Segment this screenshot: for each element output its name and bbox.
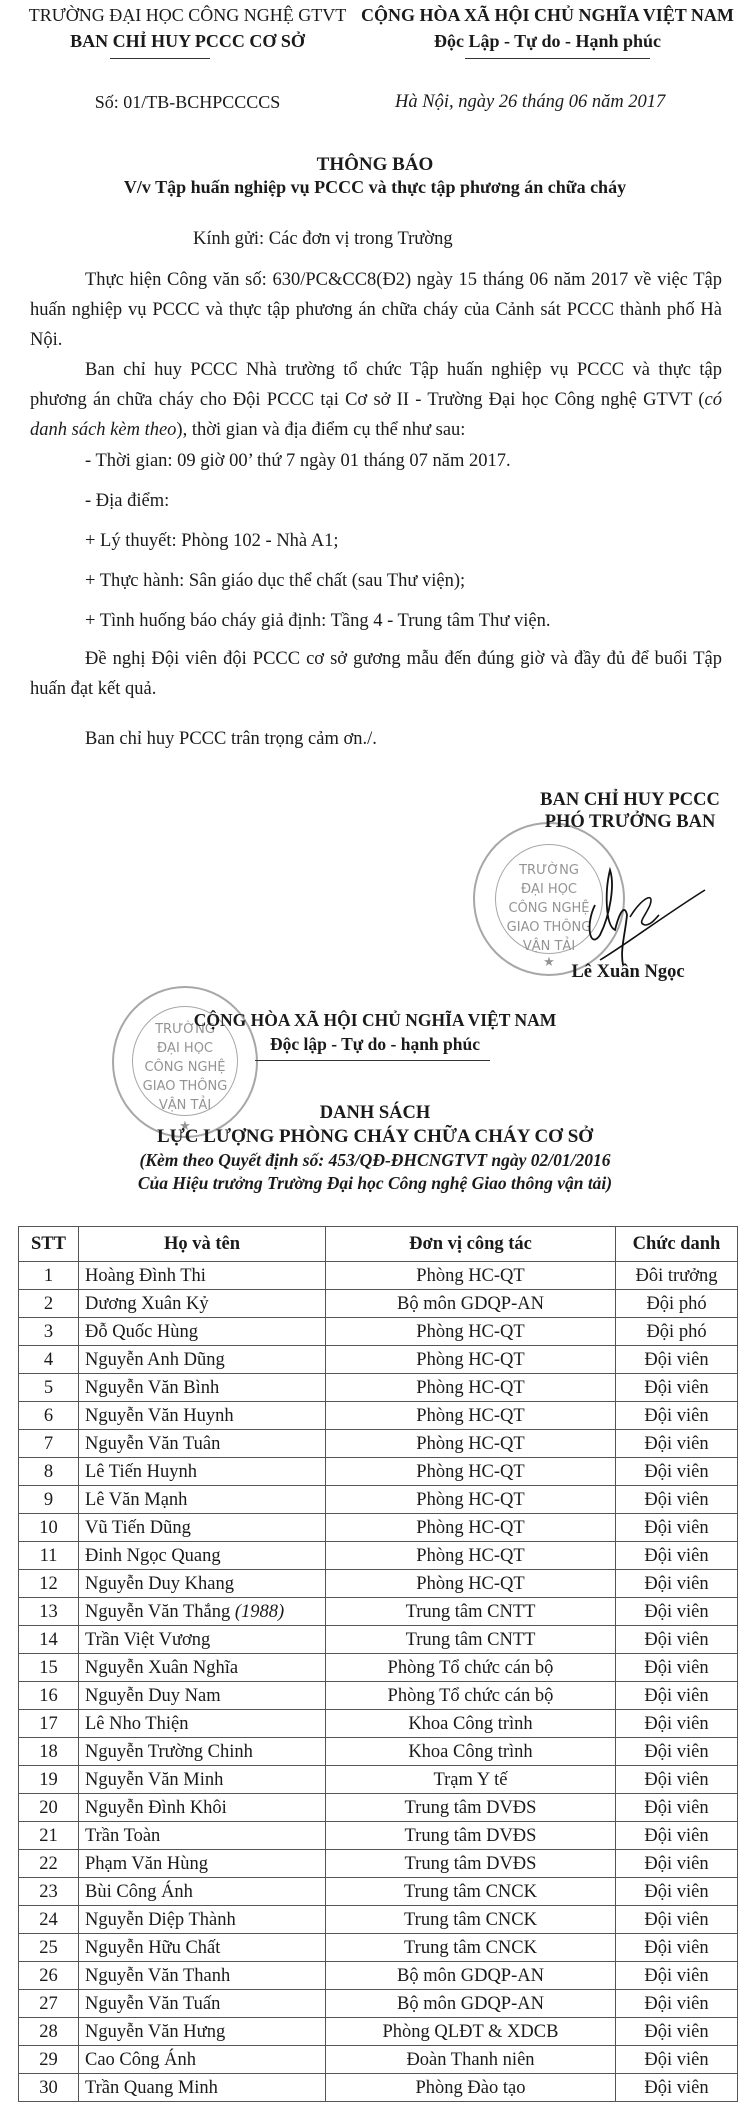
member-role: Đội viên [616,1346,738,1374]
member-name: Nguyễn Diệp Thành [79,1906,326,1934]
member-name-text: Nguyễn Văn Hưng [85,2022,225,2042]
member-name-text: Nguyễn Anh Dũng [85,1350,225,1370]
column-header-role: Chức danh [616,1227,738,1262]
member-unit: Trung tâm DVĐS [326,1850,616,1878]
member-unit: Trung tâm CNCK [326,1878,616,1906]
member-name: Cao Công Ánh [79,2046,326,2074]
list-nation-name: CỘNG HÒA XÃ HỘI CHỦ NGHĨA VIỆT NAM [0,1010,750,1031]
motto-underline [465,58,650,59]
member-unit: Phòng HC-QT [326,1262,616,1290]
member-role: Đội viên [616,2046,738,2074]
row-number: 14 [19,1626,79,1654]
row-number: 15 [19,1654,79,1682]
row-number: 21 [19,1822,79,1850]
member-name: Lê Nho Thiện [79,1710,326,1738]
table-row: 6Nguyễn Văn HuynhPhòng HC-QTĐội viên [19,1402,738,1430]
list-title: DANH SÁCH [0,1103,750,1124]
location-theory: + Lý thuyết: Phòng 102 - Nhà A1; [85,526,339,556]
table-row: 24Nguyễn Diệp ThànhTrung tâm CNCKĐội viê… [19,1906,738,1934]
table-row: 4Nguyễn Anh DũngPhòng HC-QTĐội viên [19,1346,738,1374]
member-name-text: Nguyễn Trường Chinh [85,1742,253,1762]
fire-team-table: STT Họ và tên Đơn vị công tác Chức danh … [18,1226,738,2102]
closing-text: Ban chỉ huy PCCC trân trọng cảm ơn./. [85,724,377,754]
row-number: 18 [19,1738,79,1766]
table-row: 26Nguyễn Văn ThanhBộ môn GDQP-ANĐội viên [19,1962,738,1990]
member-unit: Khoa Công trình [326,1738,616,1766]
row-number: 9 [19,1486,79,1514]
member-unit: Phòng HC-QT [326,1514,616,1542]
table-row: 5Nguyễn Văn BìnhPhòng HC-QTĐội viên [19,1374,738,1402]
location-practice: + Thực hành: Sân giáo dục thể chất (sau … [85,566,465,596]
member-name-text: Lê Nho Thiện [85,1714,188,1734]
paragraph-organization: Ban chỉ huy PCCC Nhà trường tổ chức Tập … [30,355,722,445]
member-name-text: Đinh Ngọc Quang [85,1546,221,1566]
member-name: Nguyễn Anh Dũng [79,1346,326,1374]
notice-title: THÔNG BÁO [0,154,750,176]
place-date: Hà Nội, ngày 26 tháng 06 năm 2017 [395,92,665,113]
member-name-text: Trần Việt Vương [85,1630,210,1650]
member-name: Nguyễn Duy Khang [79,1570,326,1598]
member-name: Nguyễn Văn Thanh [79,1962,326,1990]
table-row: 20Nguyễn Đình KhôiTrung tâm DVĐSĐội viên [19,1794,738,1822]
table-body: 1Hoàng Đình ThiPhòng HC-QTĐôi trưởng2Dươ… [19,1262,738,2102]
paragraph-organization-text: Ban chỉ huy PCCC Nhà trường tổ chức Tập … [30,360,722,410]
row-number: 29 [19,2046,79,2074]
member-name: Nguyễn Văn Hưng [79,2018,326,2046]
member-role: Đội viên [616,1878,738,1906]
row-number: 24 [19,1906,79,1934]
row-number: 20 [19,1794,79,1822]
member-name: Nguyễn Trường Chinh [79,1738,326,1766]
member-role: Đội viên [616,1598,738,1626]
list-reference-line1: (Kèm theo Quyết định số: 453/QĐ-ĐHCNGTVT… [0,1150,750,1171]
paragraph-organization-tail: ), thời gian và địa điểm cụ thể như sau: [176,420,465,440]
row-number: 30 [19,2074,79,2102]
table-row: 25Nguyễn Hữu ChấtTrung tâm CNCKĐội viên [19,1934,738,1962]
table-row: 28Nguyễn Văn HưngPhòng QLĐT & XDCBĐội vi… [19,2018,738,2046]
org-department: BAN CHỈ HUY PCCC CƠ SỞ [0,28,375,54]
member-name-text: Lê Văn Mạnh [85,1490,187,1510]
row-number: 25 [19,1934,79,1962]
row-number: 6 [19,1402,79,1430]
member-unit: Phòng QLĐT & XDCB [326,2018,616,2046]
member-name: Nguyễn Văn Bình [79,1374,326,1402]
row-number: 3 [19,1318,79,1346]
member-unit: Trung tâm CNTT [326,1626,616,1654]
member-role: Đội viên [616,1374,738,1402]
handwritten-signature-icon [555,855,715,975]
member-role: Đội viên [616,1766,738,1794]
table-row: 30Trần Quang MinhPhòng Đào tạoĐội viên [19,2074,738,2102]
member-unit: Phòng HC-QT [326,1402,616,1430]
member-name-text: Trần Quang Minh [85,2078,218,2098]
table-row: 13Nguyễn Văn Thắng (1988)Trung tâm CNTTĐ… [19,1598,738,1626]
member-role: Đôi trưởng [616,1262,738,1290]
member-name-text: Nguyễn Văn Huynh [85,1406,234,1426]
table-row: 23Bùi Công ÁnhTrung tâm CNCKĐội viên [19,1878,738,1906]
member-name: Nguyễn Văn Minh [79,1766,326,1794]
member-role: Đội viên [616,1738,738,1766]
column-header-stt: STT [19,1227,79,1262]
member-role: Đội viên [616,1794,738,1822]
table-row: 29Cao Công ÁnhĐoàn Thanh niênĐội viên [19,2046,738,2074]
row-number: 22 [19,1850,79,1878]
member-role: Đội viên [616,1570,738,1598]
member-role: Đội viên [616,1850,738,1878]
signature-position: PHÓ TRƯỞNG BAN [520,812,740,833]
table-header-row: STT Họ và tên Đơn vị công tác Chức danh [19,1227,738,1262]
row-number: 2 [19,1290,79,1318]
row-number: 19 [19,1766,79,1794]
table-row: 22Phạm Văn HùngTrung tâm DVĐSĐội viên [19,1850,738,1878]
member-unit: Phòng HC-QT [326,1374,616,1402]
member-name: Nguyễn Đình Khôi [79,1794,326,1822]
member-name-text: Nguyễn Đình Khôi [85,1798,227,1818]
member-name: Đỗ Quốc Hùng [79,1318,326,1346]
member-name: Đinh Ngọc Quang [79,1542,326,1570]
member-name-text: Nguyễn Diệp Thành [85,1910,236,1930]
paragraph-reference: Thực hiện Công văn số: 630/PC&CC8(Đ2) ng… [30,265,722,355]
member-role: Đội viên [616,1486,738,1514]
row-number: 1 [19,1262,79,1290]
member-role: Đội viên [616,1906,738,1934]
list-reference-line2: Của Hiệu trưởng Trường Đại học Công nghệ… [0,1173,750,1194]
member-name: Nguyễn Văn Thắng (1988) [79,1598,326,1626]
row-number: 7 [19,1430,79,1458]
member-name-text: Nguyễn Văn Thanh [85,1966,230,1986]
table-row: 12Nguyễn Duy KhangPhòng HC-QTĐội viên [19,1570,738,1598]
member-unit: Trung tâm DVĐS [326,1794,616,1822]
member-name-text: Nguyễn Hữu Chất [85,1938,220,1958]
row-number: 13 [19,1598,79,1626]
member-name: Lê Tiến Huynh [79,1458,326,1486]
member-name: Phạm Văn Hùng [79,1850,326,1878]
member-name: Trần Việt Vương [79,1626,326,1654]
org-underline [110,58,210,59]
row-number: 17 [19,1710,79,1738]
member-name-text: Phạm Văn Hùng [85,1854,208,1874]
member-unit: Trạm Y tế [326,1766,616,1794]
table-row: 16Nguyễn Duy NamPhòng Tổ chức cán bộĐội … [19,1682,738,1710]
member-role: Đội viên [616,1626,738,1654]
member-role: Đội viên [616,1430,738,1458]
member-name-text: Nguyễn Duy Nam [85,1686,221,1706]
notice-subject: V/v Tập huấn nghiệp vụ PCCC và thực tập … [0,177,750,198]
member-role: Đội viên [616,1542,738,1570]
member-role: Đội viên [616,1402,738,1430]
member-unit: Phòng HC-QT [326,1486,616,1514]
member-unit: Trung tâm CNTT [326,1598,616,1626]
table-row: 15Nguyễn Xuân NghĩaPhòng Tổ chức cán bộĐ… [19,1654,738,1682]
member-name: Nguyễn Văn Tuân [79,1430,326,1458]
row-number: 12 [19,1570,79,1598]
member-role: Đội viên [616,1962,738,1990]
table-row: 8Lê Tiến HuynhPhòng HC-QTĐội viên [19,1458,738,1486]
member-name-text: Nguyễn Văn Tuấn [85,1994,220,2014]
location-scenario: + Tình huống báo cháy giả định: Tầng 4 -… [85,606,550,636]
row-number: 27 [19,1990,79,2018]
list-motto-underline [255,1060,490,1061]
location-label: - Địa điểm: [85,486,169,516]
org-name: TRƯỜNG ĐẠI HỌC CÔNG NGHỆ GTVT [0,2,375,28]
member-name-text: Cao Công Ánh [85,2050,196,2070]
member-unit: Đoàn Thanh niên [326,2046,616,2074]
member-unit: Bộ môn GDQP-AN [326,1290,616,1318]
row-number: 10 [19,1514,79,1542]
nation-motto: Độc Lập - Tự do - Hạnh phúc [345,28,750,54]
table-row: 10Vũ Tiến DũngPhòng HC-QTĐội viên [19,1514,738,1542]
column-header-unit: Đơn vị công tác [326,1227,616,1262]
member-name-text: Dương Xuân Kỷ [85,1294,209,1314]
member-unit: Phòng Đào tạo [326,2074,616,2102]
member-name: Vũ Tiến Dũng [79,1514,326,1542]
table-row: 27Nguyễn Văn TuấnBộ môn GDQP-ANĐội viên [19,1990,738,2018]
member-unit: Bộ môn GDQP-AN [326,1990,616,2018]
row-number: 4 [19,1346,79,1374]
table-row: 18Nguyễn Trường ChinhKhoa Công trìnhĐội … [19,1738,738,1766]
member-unit: Trung tâm DVĐS [326,1822,616,1850]
signer-name: Lê Xuân Ngọc [548,962,708,983]
member-unit: Phòng Tổ chức cán bộ [326,1682,616,1710]
member-name: Nguyễn Duy Nam [79,1682,326,1710]
member-role: Đội viên [616,1990,738,2018]
member-role: Đội viên [616,2074,738,2102]
document-number: Số: 01/TB-BCHPCCCCS [0,92,375,113]
paragraph-request: Đề nghị Đội viên đội PCCC cơ sở gương mẫ… [30,644,722,704]
member-name: Nguyễn Xuân Nghĩa [79,1654,326,1682]
table-row: 11Đinh Ngọc QuangPhòng HC-QTĐội viên [19,1542,738,1570]
member-name-text: Trần Toàn [85,1826,160,1846]
list-subtitle: LỰC LƯỢNG PHÒNG CHÁY CHỮA CHÁY CƠ SỞ [0,1126,750,1148]
member-name: Trần Toàn [79,1822,326,1850]
member-name-text: Hoàng Đình Thi [85,1266,206,1286]
member-unit: Trung tâm CNCK [326,1934,616,1962]
row-number: 23 [19,1878,79,1906]
table-row: 2Dương Xuân KỷBộ môn GDQP-ANĐội phó [19,1290,738,1318]
member-name-note: (1988) [235,1602,284,1622]
member-role: Đội viên [616,1514,738,1542]
member-role: Đội viên [616,2018,738,2046]
member-name-text: Lê Tiến Huynh [85,1462,197,1482]
row-number: 26 [19,1962,79,1990]
table-row: 14Trần Việt VươngTrung tâm CNTTĐội viên [19,1626,738,1654]
row-number: 5 [19,1374,79,1402]
member-name: Trần Quang Minh [79,2074,326,2102]
member-unit: Phòng HC-QT [326,1542,616,1570]
row-number: 8 [19,1458,79,1486]
member-name: Hoàng Đình Thi [79,1262,326,1290]
member-name: Nguyễn Văn Huynh [79,1402,326,1430]
member-role: Đội viên [616,1654,738,1682]
member-name-text: Nguyễn Văn Thắng [85,1602,230,1622]
nation-name: CỘNG HÒA XÃ HỘI CHỦ NGHĨA VIỆT NAM [345,2,750,28]
member-role: Đội viên [616,1682,738,1710]
table-row: 1Hoàng Đình ThiPhòng HC-QTĐôi trưởng [19,1262,738,1290]
member-name-text: Nguyễn Văn Bình [85,1378,219,1398]
member-name: Nguyễn Hữu Chất [79,1934,326,1962]
member-unit: Phòng HC-QT [326,1318,616,1346]
member-role: Đội viên [616,1710,738,1738]
member-name-text: Nguyễn Văn Minh [85,1770,223,1790]
table-row: 21Trần ToànTrung tâm DVĐSĐội viên [19,1822,738,1850]
list-nation-motto: Độc lập - Tự do - hạnh phúc [0,1034,750,1055]
member-unit: Bộ môn GDQP-AN [326,1962,616,1990]
member-unit: Phòng HC-QT [326,1458,616,1486]
table-row: 9Lê Văn MạnhPhòng HC-QTĐội viên [19,1486,738,1514]
table-row: 19Nguyễn Văn MinhTrạm Y tếĐội viên [19,1766,738,1794]
table-row: 17Lê Nho ThiệnKhoa Công trìnhĐội viên [19,1710,738,1738]
member-name-text: Đỗ Quốc Hùng [85,1322,198,1342]
row-number: 11 [19,1542,79,1570]
member-name-text: Bùi Công Ánh [85,1882,193,1902]
member-name: Bùi Công Ánh [79,1878,326,1906]
member-name: Nguyễn Văn Tuấn [79,1990,326,2018]
row-number: 16 [19,1682,79,1710]
member-unit: Phòng HC-QT [326,1430,616,1458]
member-name-text: Nguyễn Xuân Nghĩa [85,1658,238,1678]
member-name: Lê Văn Mạnh [79,1486,326,1514]
row-number: 28 [19,2018,79,2046]
member-unit: Phòng Tổ chức cán bộ [326,1654,616,1682]
member-unit: Phòng HC-QT [326,1570,616,1598]
member-unit: Khoa Công trình [326,1710,616,1738]
member-role: Đội viên [616,1458,738,1486]
table-row: 3Đỗ Quốc HùngPhòng HC-QTĐội phó [19,1318,738,1346]
signature-org: BAN CHỈ HUY PCCC [520,790,740,811]
member-name: Dương Xuân Kỷ [79,1290,326,1318]
event-time: - Thời gian: 09 giờ 00’ thứ 7 ngày 01 th… [85,446,511,476]
member-unit: Phòng HC-QT [326,1346,616,1374]
member-name-text: Vũ Tiến Dũng [85,1518,191,1538]
member-role: Đội viên [616,1822,738,1850]
member-unit: Trung tâm CNCK [326,1906,616,1934]
member-role: Đội viên [616,1934,738,1962]
recipient: Kính gửi: Các đơn vị trong Trường [193,224,453,254]
table-row: 7Nguyễn Văn TuânPhòng HC-QTĐội viên [19,1430,738,1458]
member-role: Đội phó [616,1290,738,1318]
member-name-text: Nguyễn Văn Tuân [85,1434,220,1454]
member-name-text: Nguyễn Duy Khang [85,1574,234,1594]
column-header-name: Họ và tên [79,1227,326,1262]
member-role: Đội phó [616,1318,738,1346]
